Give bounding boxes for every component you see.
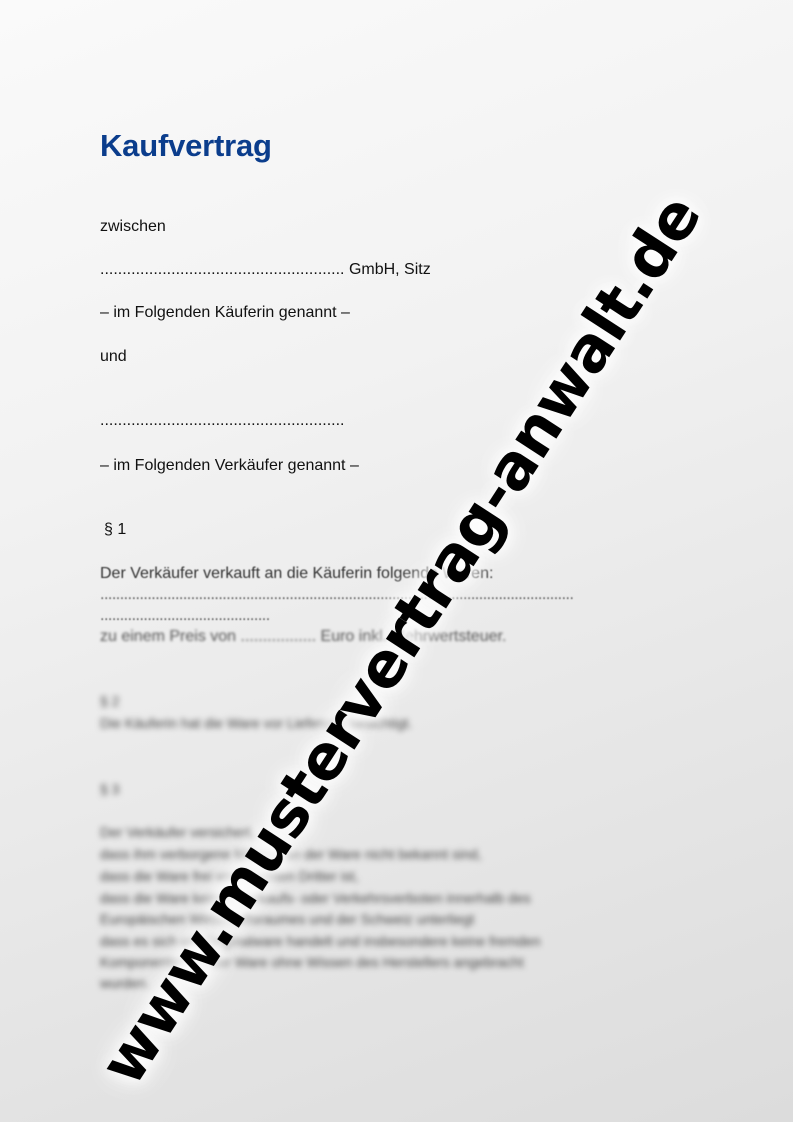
seller-role: – im Folgenden Verkäufer genannt – [100, 457, 359, 475]
section3-heading: § 3 [100, 781, 119, 797]
page-title: Kaufvertrag [100, 128, 272, 164]
buyer-role: – im Folgenden Käuferin genannt – [100, 304, 350, 322]
buyer-placeholder: ........................................… [100, 261, 431, 279]
section2-text: Die Käuferin hat die Ware vor Lieferung … [100, 715, 412, 731]
section3-line: wurden. [100, 975, 150, 991]
section3-line: Der Verkäufer versichert, [100, 824, 255, 840]
section3-line: Komponenten an der Ware ohne Wissen des … [100, 954, 524, 970]
section3-line: dass die Ware frei von Rechten Dritter i… [100, 868, 359, 884]
section3-line: dass die Ware keinen Verkaufs- oder Verk… [100, 890, 531, 906]
section1-goods-line2: ........................................… [100, 607, 270, 625]
and-label: und [100, 348, 127, 366]
section1-price: zu einem Preis von ................. Eur… [100, 628, 506, 646]
seller-placeholder: ........................................… [100, 412, 345, 430]
between-label: zwischen [100, 218, 166, 236]
section2-heading: § 2 [100, 693, 119, 709]
section1-heading: § 1 [104, 521, 126, 539]
section3-line: dass ihm verborgene Mängel an der Ware n… [100, 846, 482, 862]
section1-text: Der Verkäufer verkauft an die Käuferin f… [100, 565, 493, 583]
section3-line: Europäischen Wirtschaftsraumes und der S… [100, 911, 474, 927]
contract-page: Kaufvertrag zwischen ...................… [0, 0, 793, 1122]
section3-line: dass es sich um Originalware handelt und… [100, 933, 540, 949]
section1-goods-line1: ........................................… [100, 586, 573, 604]
